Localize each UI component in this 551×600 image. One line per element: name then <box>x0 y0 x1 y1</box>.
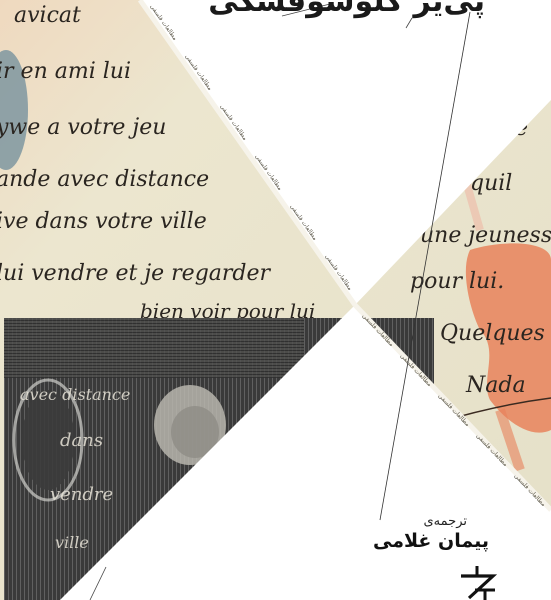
svg-text:avicat: avicat <box>14 3 81 28</box>
svg-text:dans: dans <box>60 430 103 451</box>
cheshmeh-logo-icon <box>455 566 505 600</box>
svg-text:Quelques: Quelques <box>440 321 545 346</box>
translator-label: ترجمه‌ی <box>424 514 468 529</box>
cover-artwork: avicat ir en ami lui ywe a votre jeu and… <box>0 0 551 600</box>
svg-text:avec distance: avec distance <box>20 385 130 404</box>
svg-text:ir en ami lui: ir en ami lui <box>0 59 131 84</box>
translator-name: پیمان غلامی <box>373 530 489 552</box>
book-cover: avicat ir en ami lui ywe a votre jeu and… <box>0 0 551 600</box>
svg-text:ande avec distance: ande avec distance <box>0 167 209 192</box>
svg-text:vendre: vendre <box>50 484 113 505</box>
svg-text:ville: ville <box>55 533 89 552</box>
svg-text:Nada: Nada <box>465 373 526 398</box>
svg-text:une jeunesse: une jeunesse <box>420 223 551 248</box>
svg-text:ive dans votre ville: ive dans votre ville <box>0 209 207 234</box>
author-title: پی‌یر کلوسوفسکی <box>208 0 485 19</box>
svg-text:lui vendre et je regarder: lui vendre et je regarder <box>0 261 272 286</box>
svg-text:ywe a votre jeu: ywe a votre jeu <box>0 115 166 140</box>
